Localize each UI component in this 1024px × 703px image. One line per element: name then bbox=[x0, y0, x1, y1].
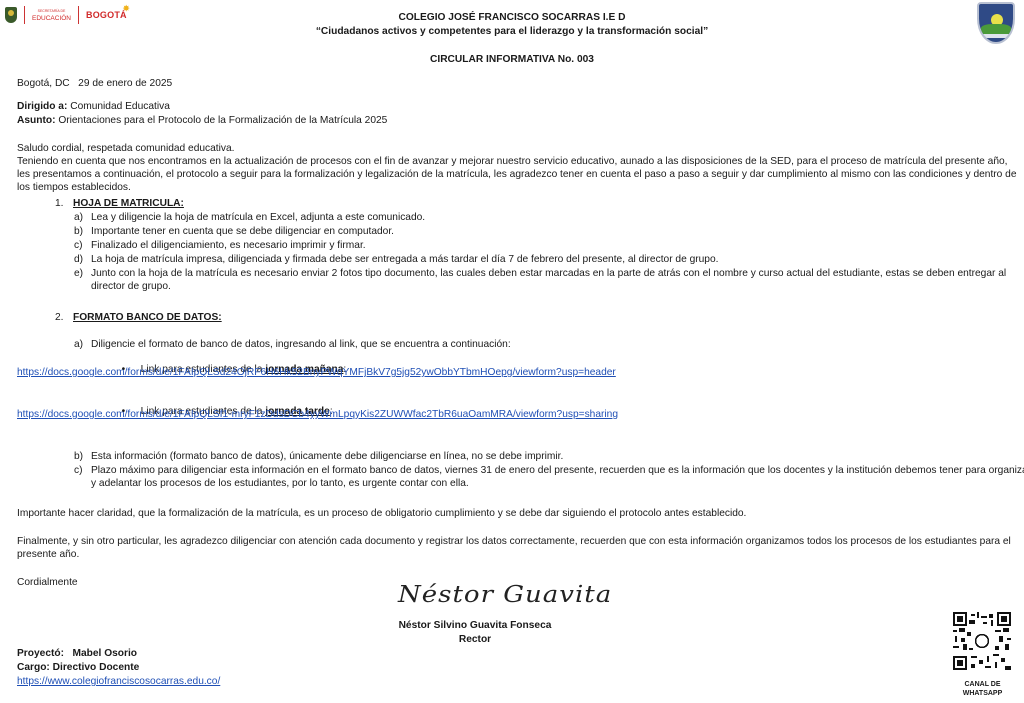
afternoon-form-link[interactable]: https://docs.google.com/forms/d/e/1FAIpQ… bbox=[17, 409, 618, 420]
projected-by: Proyectó: Mabel Osorio bbox=[17, 648, 137, 659]
school-motto: “Ciudadanos activos y competentes para e… bbox=[250, 26, 774, 37]
list-item: b)Importante tener en cuenta que se debe… bbox=[74, 226, 394, 237]
handwritten-signature: Néstor Guavita bbox=[398, 582, 612, 609]
morning-form-link[interactable]: https://docs.google.com/forms/d/e/1FAIpQ… bbox=[17, 367, 616, 378]
greeting: Saludo cordial, respetada comunidad educ… bbox=[17, 143, 234, 154]
list-item: a)Diligencie el formato de banco de dato… bbox=[74, 339, 511, 350]
whatsapp-qr-code[interactable] bbox=[950, 612, 1014, 670]
bogota-logo: BOGOTÁ✸ bbox=[86, 10, 127, 20]
school-shield-logo bbox=[977, 2, 1015, 44]
intro-paragraph: Teniendo en cuenta que nos encontramos e… bbox=[17, 155, 1017, 195]
section-2-heading: 2.FORMATO BANCO DE DATOS: bbox=[55, 312, 222, 323]
position: Cargo: Directivo Docente bbox=[17, 662, 139, 673]
school-website-link[interactable]: https://www.colegiofranciscosocarras.edu… bbox=[17, 676, 220, 687]
secretaria-educacion-logo: SECRETARÍA DE EDUCACIÓN bbox=[32, 8, 71, 22]
place-date: Bogotá, DC 29 de enero de 2025 bbox=[17, 78, 172, 89]
bogota-crest-icon bbox=[5, 7, 17, 23]
final-paragraph: Finalmente, y sin otro particular, les a… bbox=[17, 535, 1017, 561]
list-item: b)Esta información (formato banco de dat… bbox=[74, 451, 563, 462]
addressed-to: Dirigido a: Comunidad Educativa bbox=[17, 101, 170, 112]
logo-divider bbox=[24, 6, 25, 24]
government-logos: SECRETARÍA DE EDUCACIÓN BOGOTÁ✸ bbox=[5, 4, 127, 26]
list-item: c)Finalizado el diligenciamiento, es nec… bbox=[74, 240, 366, 251]
subject: Asunto: Orientaciones para el Protocolo … bbox=[17, 115, 387, 126]
logo-divider bbox=[78, 6, 79, 24]
list-item: d)La hoja de matrícula impresa, diligenc… bbox=[74, 254, 718, 265]
section-1-heading: 1.HOJA DE MATRICULA: bbox=[55, 198, 184, 209]
landscape-icon bbox=[981, 24, 1011, 34]
circular-title: CIRCULAR INFORMATIVA No. 003 bbox=[300, 54, 724, 65]
list-item: a)Lea y diligencie la hoja de matrícula … bbox=[74, 212, 425, 223]
signer-name: Néstor Silvino Guavita Fonseca bbox=[372, 620, 578, 631]
school-name: COLEGIO JOSÉ FRANCISCO SOCARRAS I.E D bbox=[300, 12, 724, 23]
signer-role: Rector bbox=[372, 634, 578, 645]
qr-label: CANAL DE WHATSAPP bbox=[945, 680, 1020, 698]
list-item: c)Plazo máximo para diligenciar esta inf… bbox=[74, 464, 1024, 490]
important-note: Importante hacer claridad, que la formal… bbox=[17, 508, 746, 519]
shield-ribbon bbox=[983, 34, 1009, 38]
list-item: e)Junto con la hoja de la matrícula es n… bbox=[74, 267, 1024, 293]
regards: Cordialmente bbox=[17, 577, 78, 588]
star-icon: ✸ bbox=[123, 4, 130, 13]
